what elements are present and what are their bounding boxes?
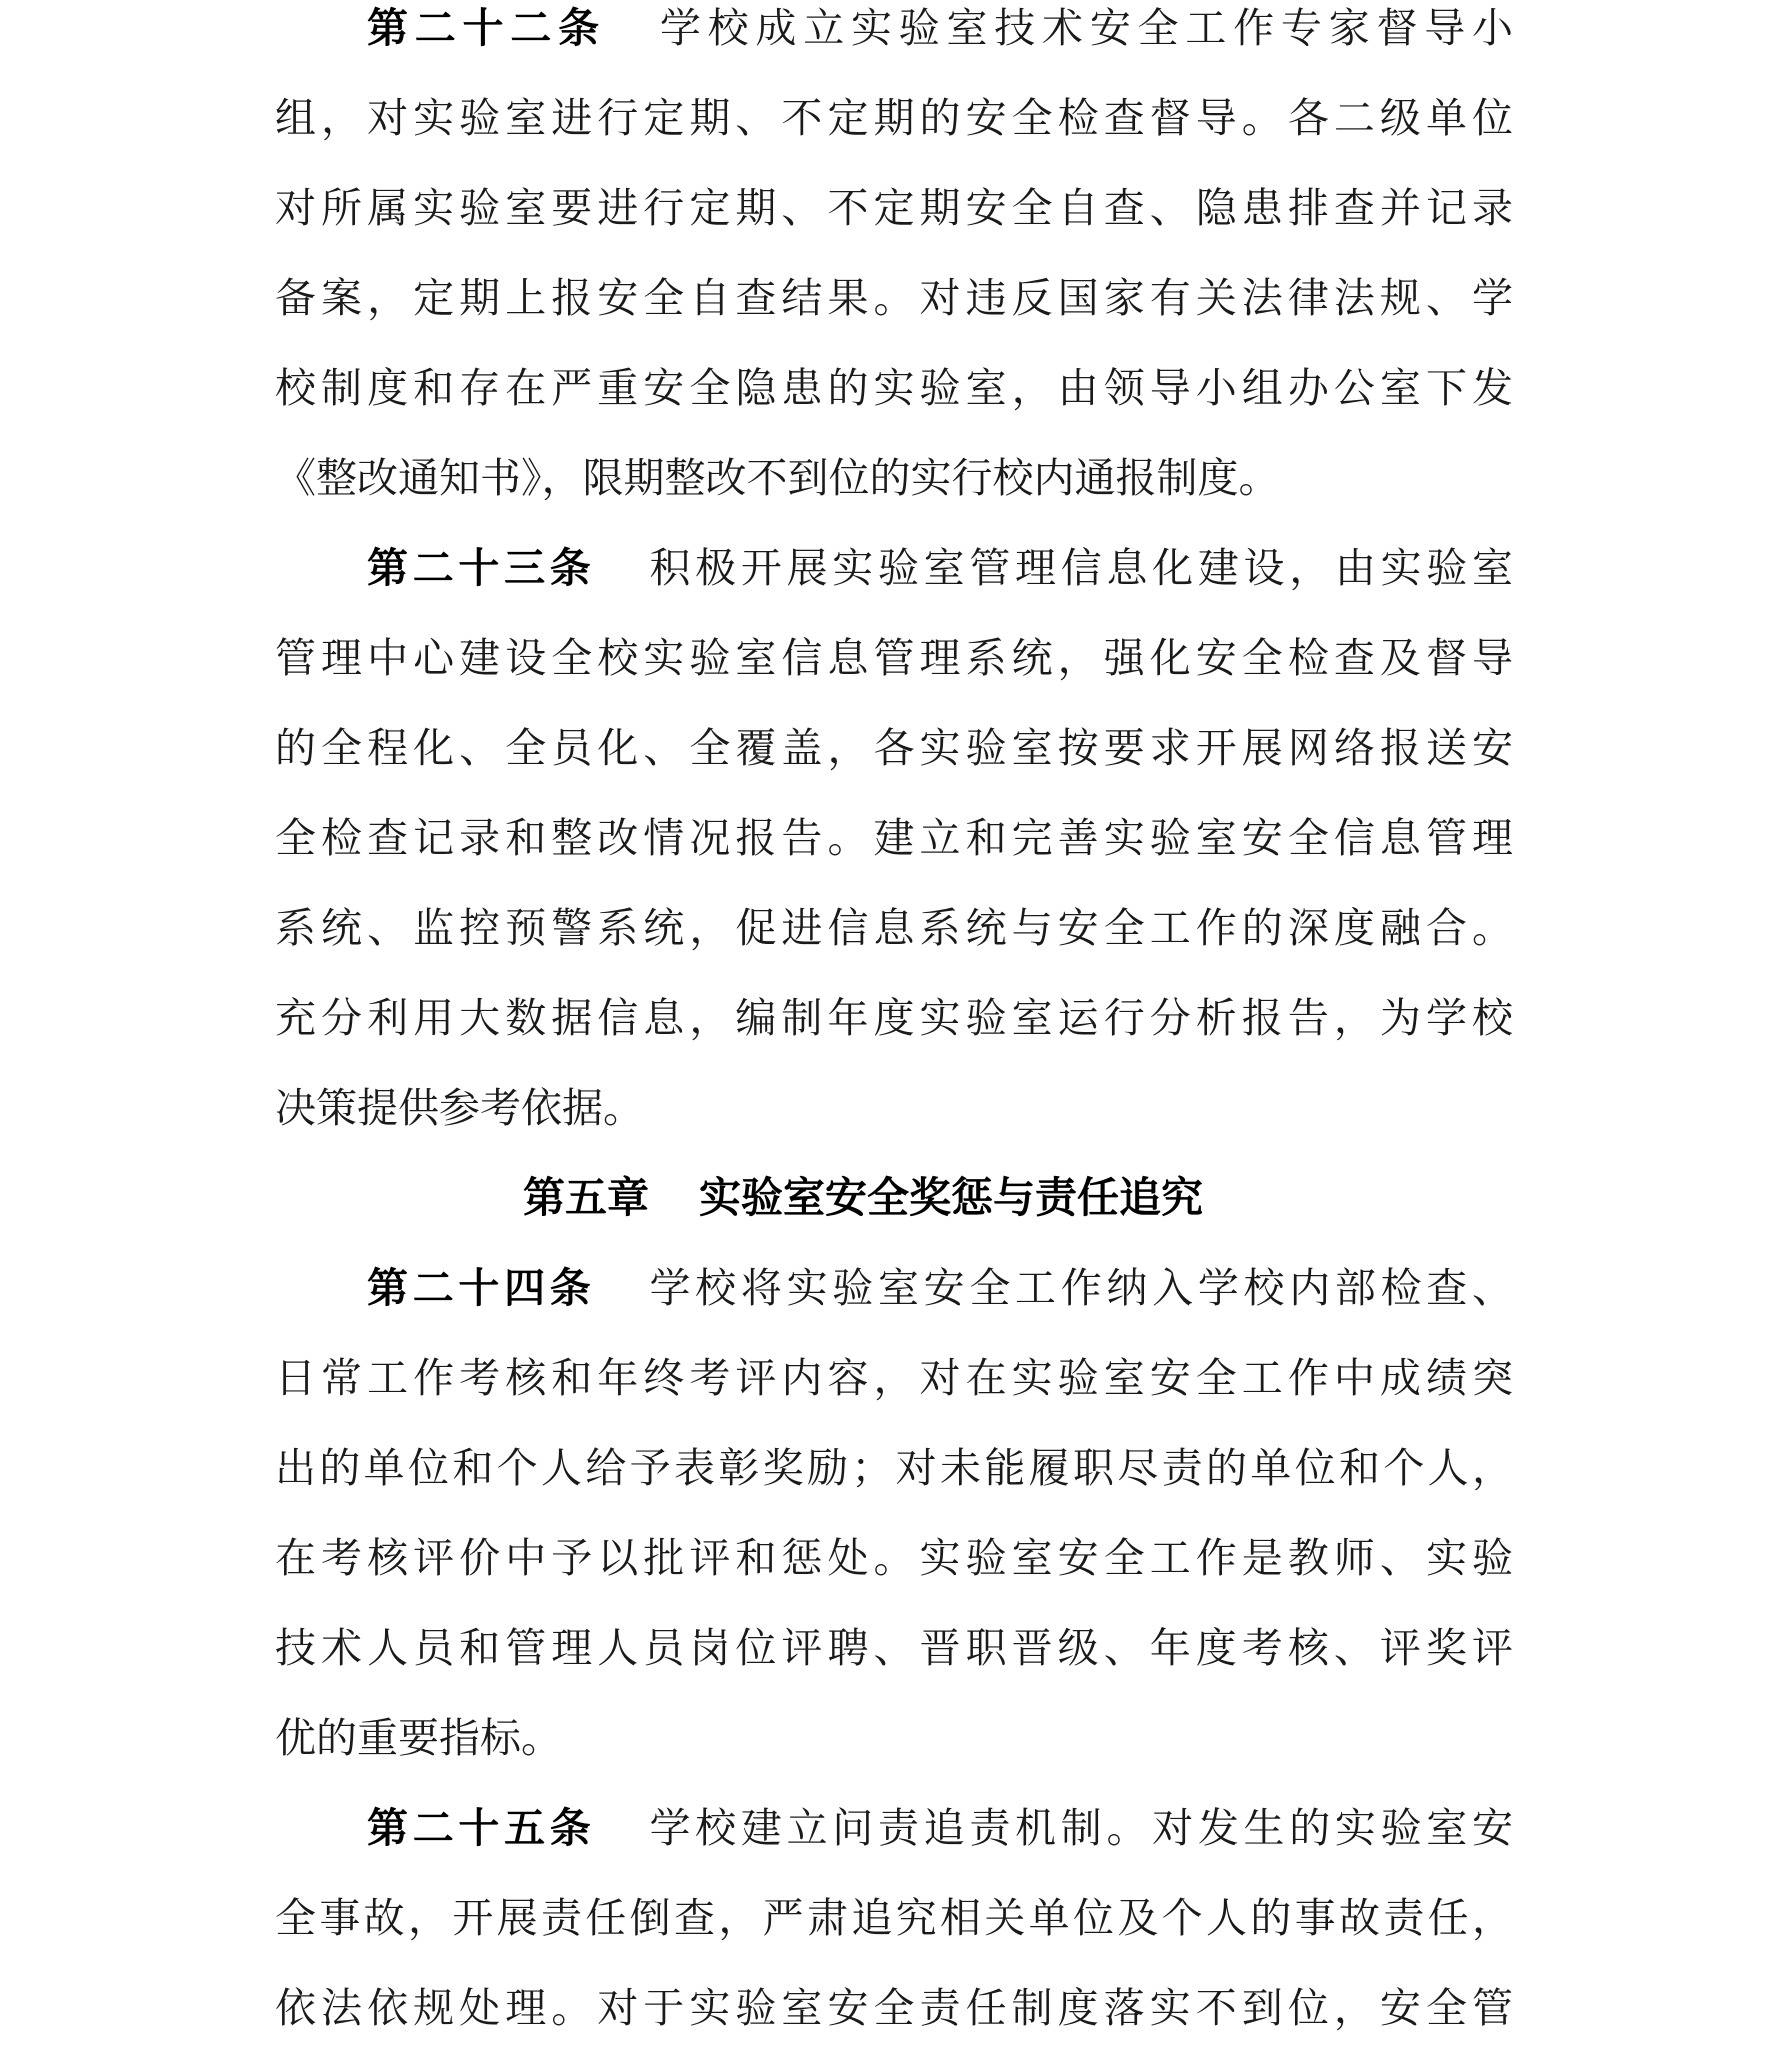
article-text: 积极开展实验室管理信息化建设，由实验室 xyxy=(649,544,1513,592)
document-page: 第二十二条学校成立实验室技术安全工作专家督导小 组，对实验室进行定期、不定期的安… xyxy=(0,0,1788,2050)
paragraph-line: 备案，定期上报安全自查结果。对违反国家有关法律法规、学 xyxy=(275,253,1513,343)
article-text: 学校成立实验室技术安全工作专家督导小 xyxy=(660,4,1513,52)
chapter-heading: 第五章实验室安全奖惩与责任追究 xyxy=(523,1153,1269,1243)
paragraph-line: 日常工作考核和年终考评内容，对在实验室安全工作中成绩突 xyxy=(275,1333,1513,1423)
article-number: 第二十三条 xyxy=(367,544,595,592)
paragraph-line: 管理中心建设全校实验室信息管理系统，强化安全检查及督导 xyxy=(275,613,1513,703)
paragraph-line: 出的单位和个人给予表彰奖励；对未能履职尽责的单位和个人， xyxy=(275,1423,1513,1513)
article-number: 第二十二条 xyxy=(367,4,606,52)
article-text: 学校建立问责追责机制。对发生的实验室安 xyxy=(649,1804,1513,1852)
paragraph-line: 组，对实验室进行定期、不定期的安全检查督导。各二级单位 xyxy=(275,73,1513,163)
article-22-line-1: 第二十二条学校成立实验室技术安全工作专家督导小 xyxy=(367,0,1513,73)
paragraph-line: 在考核评价中予以批评和惩处。实验室安全工作是教师、实验 xyxy=(275,1513,1513,1603)
paragraph-line: 全事故，开展责任倒查，严肃追究相关单位及个人的事故责任， xyxy=(275,1873,1513,1963)
paragraph-line: 系统、监控预警系统，促进信息系统与安全工作的深度融合。 xyxy=(275,883,1513,973)
chapter-title: 实验室安全奖惩与责任追究 xyxy=(699,1173,1203,1222)
paragraph-line: 充分利用大数据信息，编制年度实验室运行分析报告，为学校 xyxy=(275,973,1513,1063)
article-24-line-1: 第二十四条学校将实验室安全工作纳入学校内部检查、 xyxy=(367,1243,1513,1333)
chapter-number: 第五章 xyxy=(523,1173,649,1222)
paragraph-line: 对所属实验室要进行定期、不定期安全自查、隐患排查并记录 xyxy=(275,163,1513,253)
paragraph-line: 技术人员和管理人员岗位评聘、晋职晋级、年度考核、评奖评 xyxy=(275,1603,1513,1693)
paragraph-line: 《整改通知书》，限期整改不到位的实行校内通报制度。 xyxy=(275,433,1513,523)
article-number: 第二十五条 xyxy=(367,1804,595,1852)
paragraph-line: 的全程化、全员化、全覆盖，各实验室按要求开展网络报送安 xyxy=(275,703,1513,793)
article-text: 学校将实验室安全工作纳入学校内部检查、 xyxy=(649,1264,1513,1312)
paragraph-line: 依法依规处理。对于实验室安全责任制度落实不到位，安全管 xyxy=(275,1963,1513,2050)
paragraph-line: 优的重要指标。 xyxy=(275,1693,1513,1783)
article-25-line-1: 第二十五条学校建立问责追责机制。对发生的实验室安 xyxy=(367,1783,1513,1873)
paragraph-line: 全检查记录和整改情况报告。建立和完善实验室安全信息管理 xyxy=(275,793,1513,883)
article-23-line-1: 第二十三条积极开展实验室管理信息化建设，由实验室 xyxy=(367,523,1513,613)
paragraph-line: 决策提供参考依据。 xyxy=(275,1063,1513,1153)
article-number: 第二十四条 xyxy=(367,1264,595,1312)
paragraph-line: 校制度和存在严重安全隐患的实验室，由领导小组办公室下发 xyxy=(275,343,1513,433)
